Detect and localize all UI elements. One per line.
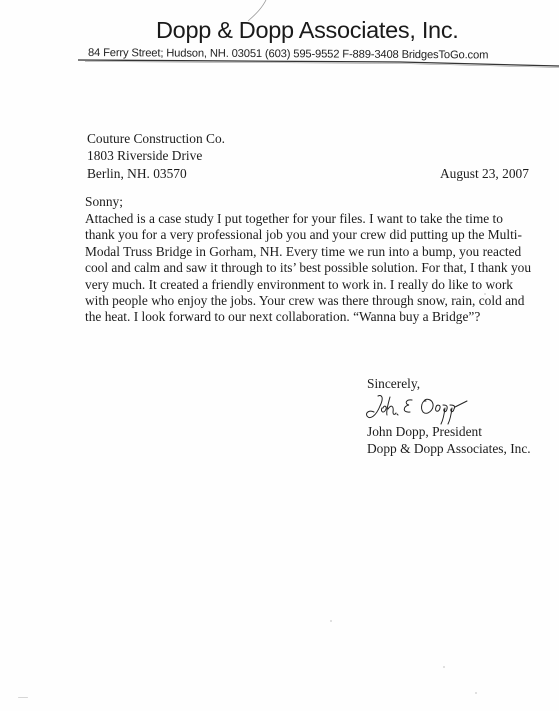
signature-icon — [364, 392, 474, 426]
signer-company: Dopp & Dopp Associates, Inc. — [367, 441, 531, 457]
body-line: very much. It created a friendly environ… — [85, 277, 559, 293]
valediction: Sincerely, — [367, 376, 420, 392]
letter-page: Dopp & Dopp Associates, Inc. 84 Ferry St… — [0, 0, 559, 711]
letterhead-rule — [0, 0, 559, 80]
scan-speck — [330, 620, 332, 622]
recipient-street: 1803 Riverside Drive — [87, 147, 225, 164]
scan-speck — [443, 666, 445, 668]
scan-speck — [475, 692, 477, 694]
scan-speck — [18, 697, 28, 698]
body-line: Attached is a case study I put together … — [85, 211, 559, 227]
salutation: Sonny; — [85, 194, 123, 210]
body-line: thank you for a very professional job yo… — [85, 227, 559, 243]
body-line: with people who enjoy the jobs. Your cre… — [85, 293, 559, 309]
recipient-address: Couture Construction Co. 1803 Riverside … — [87, 130, 225, 182]
scan-speck — [484, 293, 486, 295]
recipient-city: Berlin, NH. 03570 — [87, 165, 225, 182]
body-line: Modal Truss Bridge in Gorham, NH. Every … — [85, 244, 559, 260]
recipient-company: Couture Construction Co. — [87, 130, 225, 147]
body-line: cool and calm and saw it through to its’… — [85, 260, 559, 276]
letter-date: August 23, 2007 — [440, 166, 529, 182]
letter-body: Attached is a case study I put together … — [85, 211, 559, 326]
body-line: the heat. I look forward to our next col… — [85, 309, 559, 325]
signer-name: John Dopp, President — [367, 424, 482, 440]
